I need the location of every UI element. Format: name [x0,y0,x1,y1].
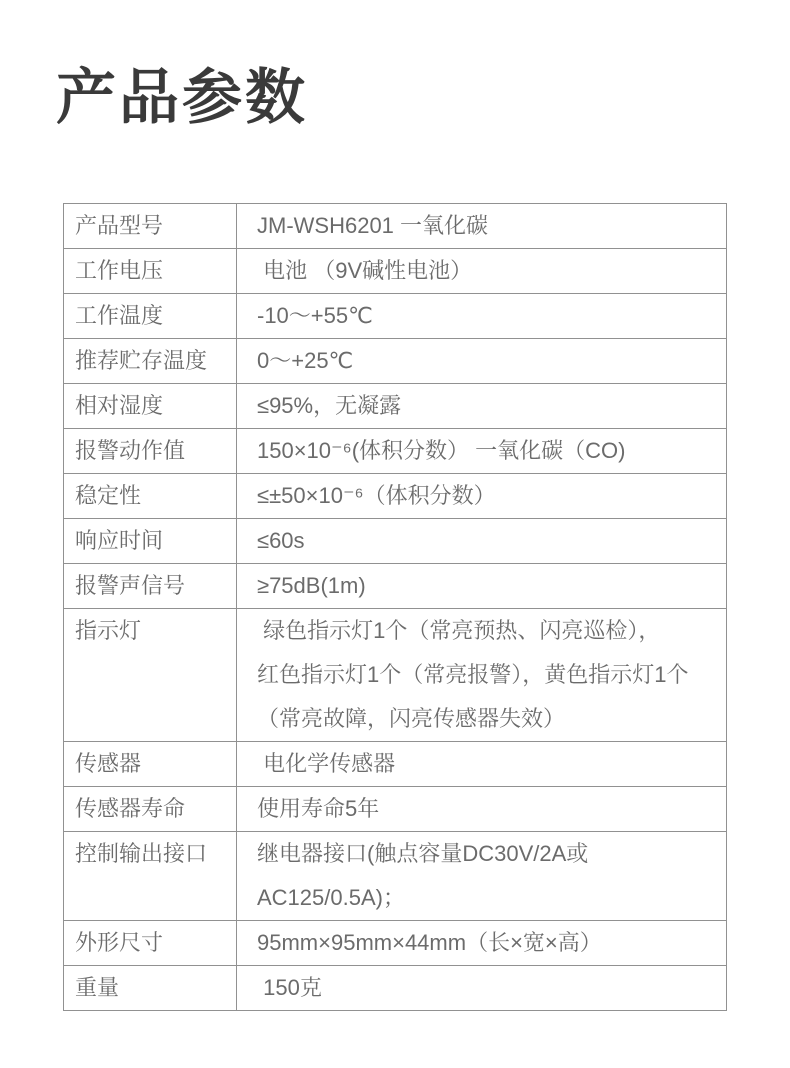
spec-label: 指示灯 [64,609,237,742]
spec-row-stability: 稳定性 ≤±50×10⁻⁶（体积分数） [64,474,727,519]
spec-row-weight: 重量 150克 [64,966,727,1011]
spec-row-response-time: 响应时间 ≤60s [64,519,727,564]
spec-value: 0～+25℃ [237,339,727,384]
spec-label: 传感器寿命 [64,787,237,832]
spec-label: 产品型号 [64,204,237,249]
spec-value: JM-WSH6201 一氧化碳 [237,204,727,249]
spec-label: 稳定性 [64,474,237,519]
spec-label: 推荐贮存温度 [64,339,237,384]
spec-value: ≤95%，无凝露 [237,384,727,429]
spec-label: 相对湿度 [64,384,237,429]
spec-row-control-output: 控制输出接口 继电器接口(触点容量DC30V/2A或AC125/0.5A)； [64,832,727,921]
spec-row-alarm-sound: 报警声信号 ≥75dB(1m) [64,564,727,609]
spec-value: 95mm×95mm×44mm（长×宽×高） [237,921,727,966]
spec-value: 绿色指示灯1个（常亮预热、闪亮巡检）， 红色指示灯1个（常亮报警），黄色指示灯1… [237,609,727,742]
spec-label: 传感器 [64,742,237,787]
spec-label: 响应时间 [64,519,237,564]
spec-label: 报警动作值 [64,429,237,474]
spec-label: 工作电压 [64,249,237,294]
spec-label: 报警声信号 [64,564,237,609]
spec-row-alarm-value: 报警动作值 150×10⁻⁶(体积分数） 一氧化碳（CO) [64,429,727,474]
spec-value: 使用寿命5年 [237,787,727,832]
spec-row-sensor-life: 传感器寿命 使用寿命5年 [64,787,727,832]
spec-row-dimensions: 外形尺寸 95mm×95mm×44mm（长×宽×高） [64,921,727,966]
spec-label: 重量 [64,966,237,1011]
spec-label: 控制输出接口 [64,832,237,921]
spec-row-sensor: 传感器 电化学传感器 [64,742,727,787]
spec-value: -10～+55℃ [237,294,727,339]
spec-row-voltage: 工作电压 电池 （9V碱性电池） [64,249,727,294]
spec-table: 产品型号 JM-WSH6201 一氧化碳 工作电压 电池 （9V碱性电池） 工作… [63,203,727,1011]
spec-row-humidity: 相对湿度 ≤95%，无凝露 [64,384,727,429]
spec-value: 150克 [237,966,727,1011]
spec-row-indicator-lights: 指示灯 绿色指示灯1个（常亮预热、闪亮巡检）， 红色指示灯1个（常亮报警），黄色… [64,609,727,742]
spec-label: 工作温度 [64,294,237,339]
spec-row-storage-temp: 推荐贮存温度 0～+25℃ [64,339,727,384]
spec-value: 电化学传感器 [237,742,727,787]
spec-value: 继电器接口(触点容量DC30V/2A或AC125/0.5A)； [237,832,727,921]
spec-row-model: 产品型号 JM-WSH6201 一氧化碳 [64,204,727,249]
spec-value: ≤60s [237,519,727,564]
spec-value: 150×10⁻⁶(体积分数） 一氧化碳（CO) [237,429,727,474]
page-title: 产品参数 [56,62,308,134]
spec-row-working-temp: 工作温度 -10～+55℃ [64,294,727,339]
product-detail-page: 产品参数 产品型号 JM-WSH6201 一氧化碳 工作电压 电池 （9V碱性电… [0,0,790,1068]
spec-value: ≤±50×10⁻⁶（体积分数） [237,474,727,519]
spec-label: 外形尺寸 [64,921,237,966]
spec-value: 电池 （9V碱性电池） [237,249,727,294]
spec-value: ≥75dB(1m) [237,564,727,609]
